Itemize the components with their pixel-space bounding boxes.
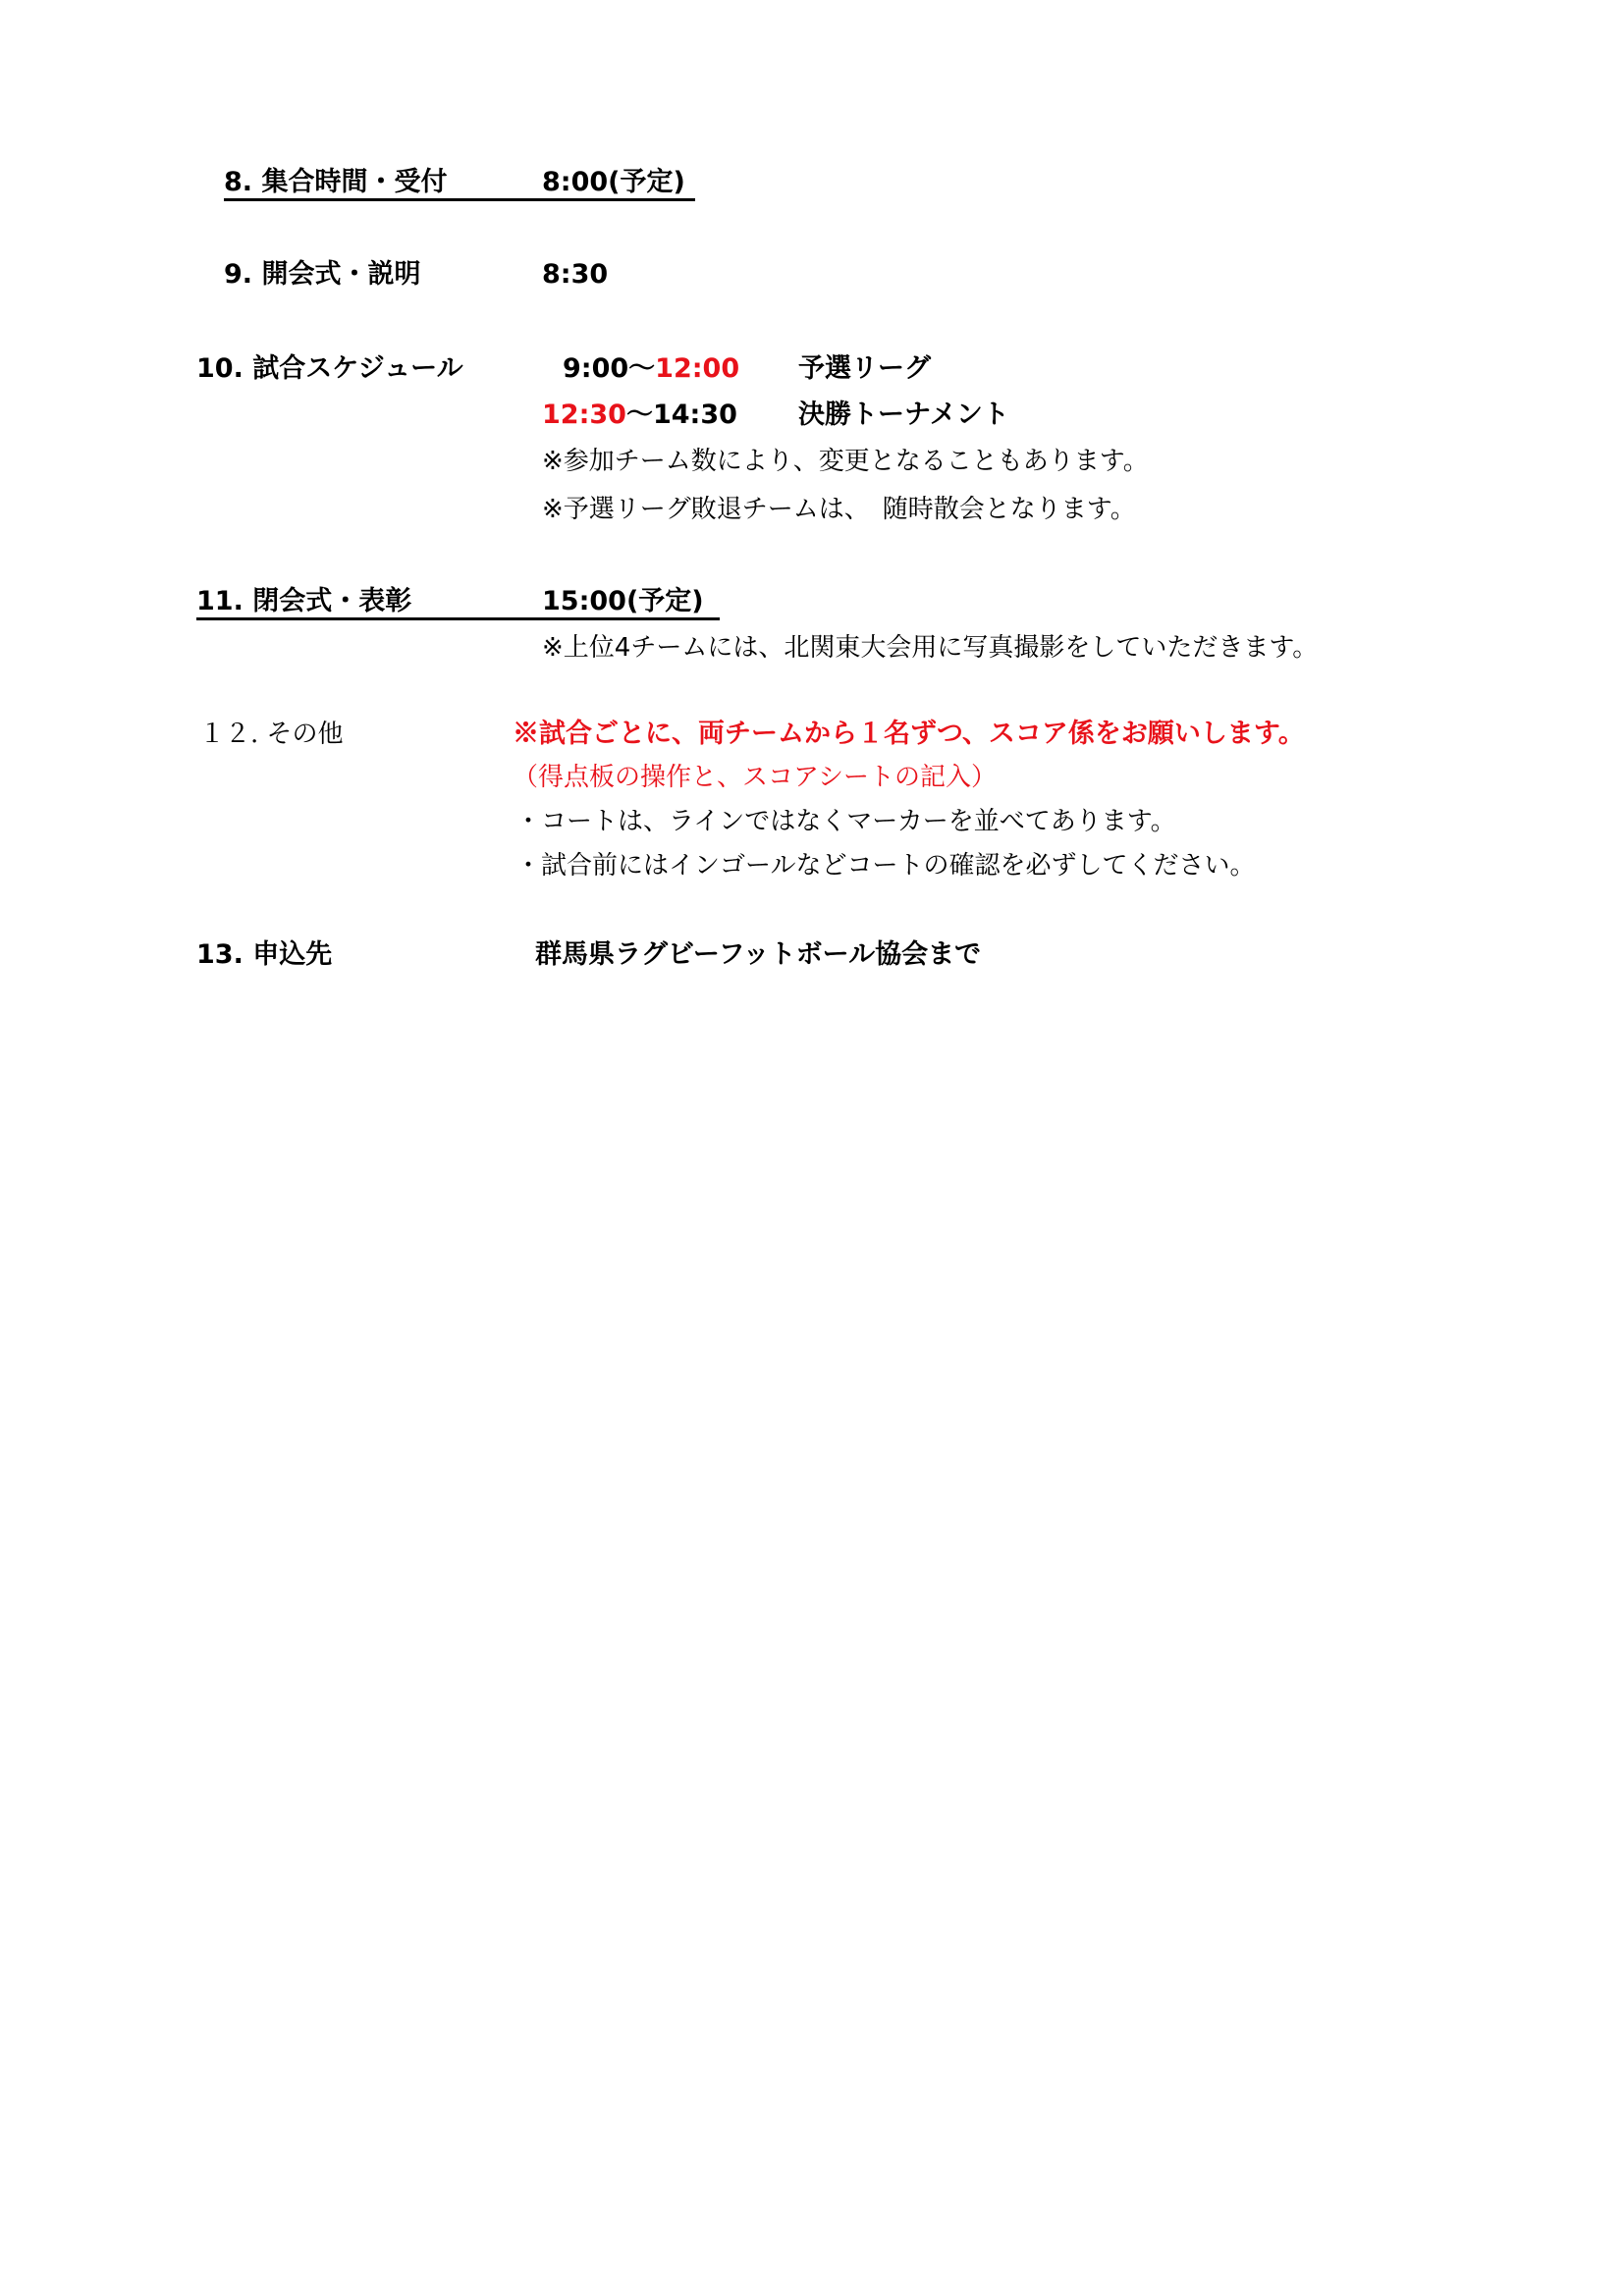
section-9-label: 9. 開会式・説明 — [224, 261, 420, 288]
section-number: 13. — [196, 939, 244, 970]
schedule-row-qualifier-time: 9:00〜12:00 — [563, 355, 739, 382]
bullet-court-check: ・試合前にはインゴールなどコートの確認を必ずしてください。 — [515, 853, 1255, 879]
end-time: 12:00 — [655, 353, 739, 384]
score-keeper-request: ※試合ごとに、両チームから１名ずつ、スコア係をお願いします。 — [513, 721, 1305, 747]
schedule-row-final-label: 決勝トーナメント — [798, 401, 1009, 428]
section-number: 10. — [196, 353, 244, 384]
section-11-underline — [196, 617, 720, 620]
start-time: 12:30 — [542, 400, 626, 430]
schedule-row-qualifier-label: 予選リーグ — [798, 355, 931, 382]
section-title: 開会式・説明 — [261, 259, 420, 290]
section-number: 8. — [224, 167, 252, 197]
section-9-value: 8:30 — [542, 261, 608, 288]
section-11-label: 11. 閉会式・表彰 — [196, 588, 411, 614]
score-keeper-detail: （得点板の操作と、スコアシートの記入） — [513, 765, 997, 790]
section-title: 集合時間・受付 — [261, 167, 447, 197]
schedule-note-2: ※予選リーグ敗退チームは、 随時散会となります。 — [542, 497, 1136, 522]
start-time: 9:00 — [563, 353, 628, 384]
section-11-note: ※上位4チームには、北関東大会用に写真撮影をしていただきます。 — [542, 635, 1318, 661]
section-12-label: １２. その他 — [199, 721, 344, 747]
section-10-label: 10. 試合スケジュール — [196, 355, 463, 382]
section-13-value: 群馬県ラグビーフットボール協会まで — [535, 941, 981, 968]
separator: 〜 — [628, 353, 655, 384]
section-title: 試合スケジュール — [252, 353, 462, 384]
section-13-label: 13. 申込先 — [196, 941, 332, 968]
section-title: その他 — [267, 720, 344, 749]
section-number: １２. — [199, 720, 258, 749]
end-time: 14:30 — [653, 400, 737, 430]
bullet-court-markers: ・コートは、ラインではなくマーカーを並べてあります。 — [515, 809, 1176, 834]
section-8-label: 8. 集合時間・受付 — [224, 169, 447, 195]
section-8-value: 8:00(予定) — [542, 169, 685, 195]
separator: 〜 — [626, 400, 653, 430]
section-8-underline — [224, 198, 695, 201]
section-number: 11. — [196, 586, 244, 616]
schedule-note-1: ※参加チーム数により、変更となることもあります。 — [542, 449, 1149, 474]
section-title: 閉会式・表彰 — [252, 586, 411, 616]
section-11-value: 15:00(予定) — [542, 588, 704, 614]
section-number: 9. — [224, 259, 252, 290]
section-title: 申込先 — [252, 939, 332, 970]
schedule-row-final-time: 12:30〜14:30 — [542, 401, 737, 428]
